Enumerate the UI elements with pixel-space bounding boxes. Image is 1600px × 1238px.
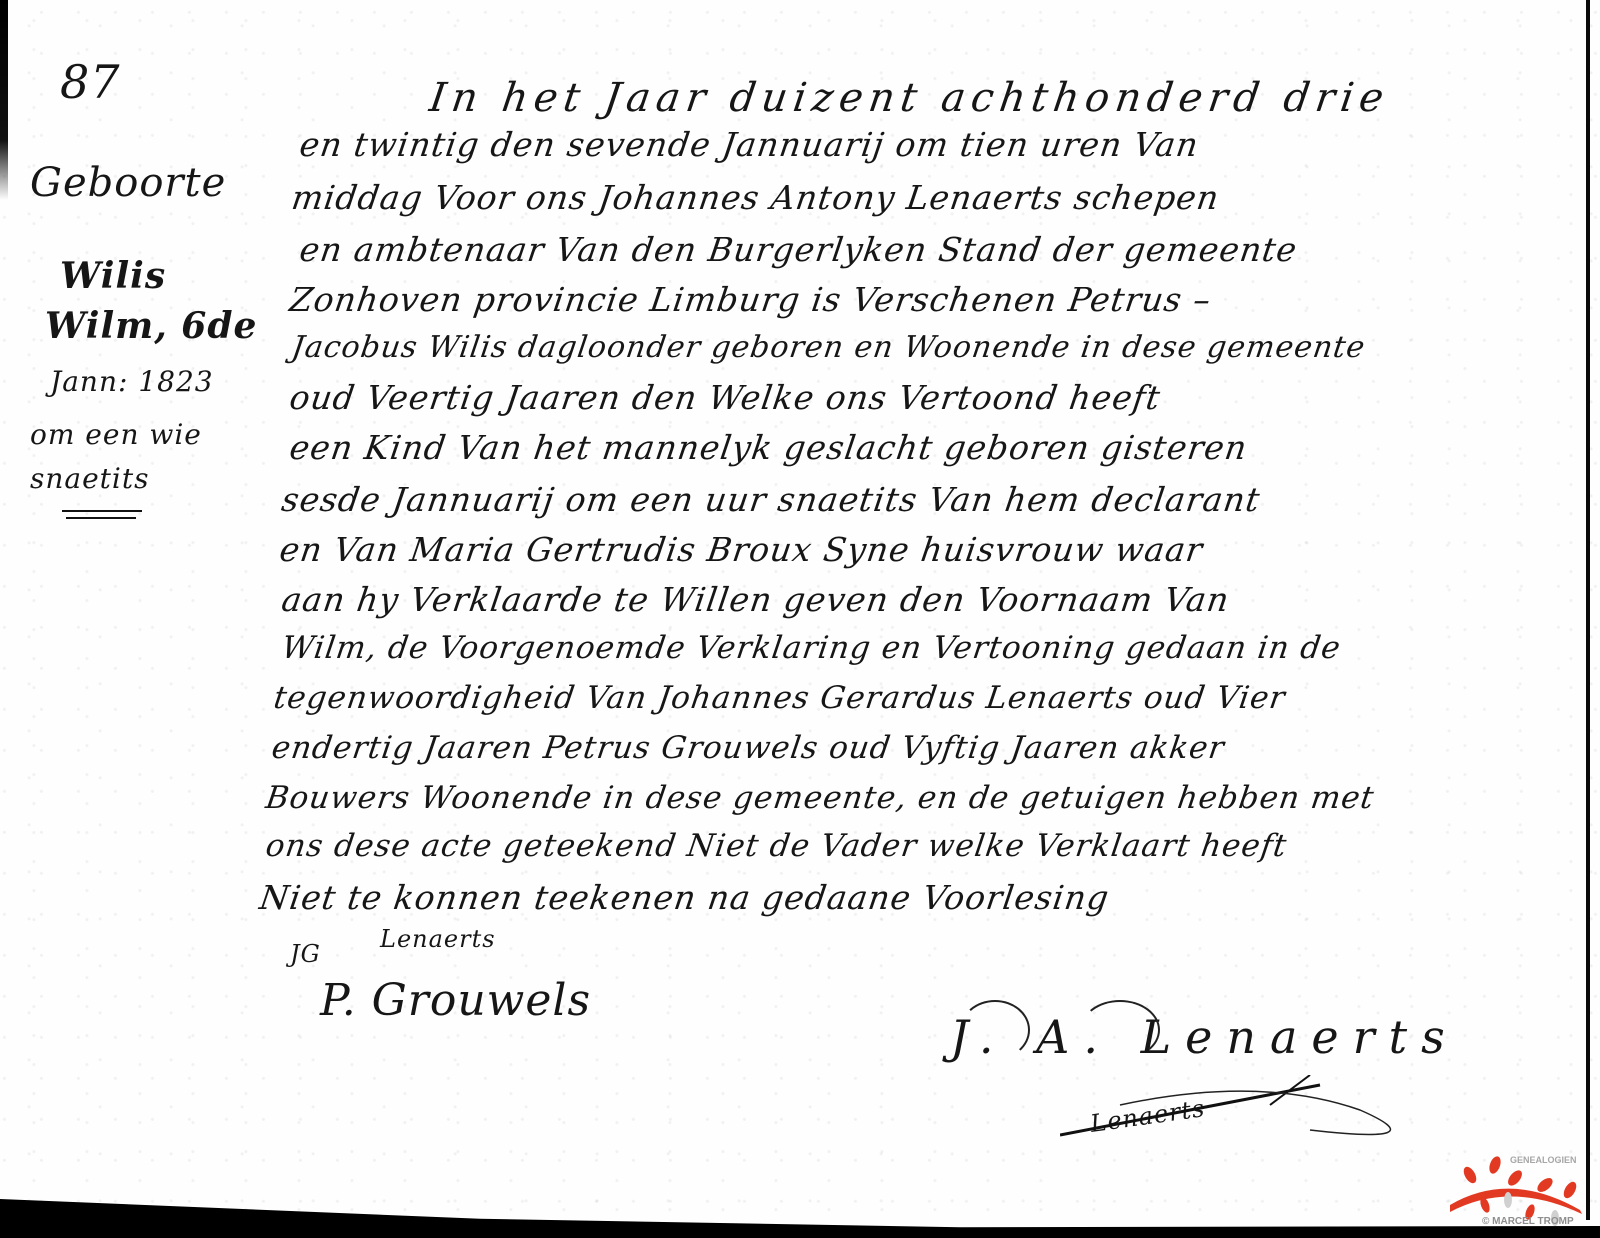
body-line: middag Voor ons Johannes Antony Lenaerts… <box>289 178 1222 217</box>
body-line: tegenwoordigheid Van Johannes Gerardus L… <box>271 680 1287 716</box>
margin-time-1: om een wie <box>30 418 202 451</box>
body-line: In het Jaar duizent achthonderd drie <box>427 75 1393 121</box>
scan-edge-bottom <box>0 1178 1600 1238</box>
watermark-title: GENEALOGIEN <box>1510 1155 1577 1165</box>
body-line: Jacobus Wilis dagloonder geboren en Woon… <box>290 330 1368 365</box>
margin-given-name: Wilm, 6de <box>45 305 257 347</box>
margin-date: Jann: 1823 <box>50 365 214 398</box>
body-line: Bouwers Woonende in dese gemeente, en de… <box>263 780 1376 816</box>
margin-time-2: snaetits <box>30 462 150 495</box>
body-line: en Van Maria Gertrudis Broux Syne huisvr… <box>277 530 1205 569</box>
scan-edge-right <box>1586 0 1590 1220</box>
margin-underline <box>62 510 142 512</box>
body-line: aan hy Verklaarde te Willen geven den Vo… <box>279 580 1232 619</box>
margin-underline-2 <box>66 517 136 519</box>
body-line: ons dese acte geteekend Niet de Vader we… <box>263 828 1289 864</box>
document-scan: 87 Geboorte Wilis Wilm, 6de Jann: 1823 o… <box>0 0 1600 1238</box>
signature-initials: JG <box>290 940 321 968</box>
body-line: en twintig den sevende Jannuarij om tien… <box>297 125 1201 164</box>
signature-flourish <box>1080 1000 1160 1060</box>
genealogien-watermark: GENEALOGIEN © MARCEL TROMP <box>1450 1150 1590 1230</box>
body-line: Wilm, de Voorgenoemde Verklaring en Vert… <box>279 630 1343 666</box>
signature-flourish <box>960 1000 1030 1060</box>
body-line: en ambtenaar Van den Burgerlyken Stand d… <box>297 230 1300 269</box>
body-line: endertig Jaaren Petrus Grouwels oud Vyft… <box>269 730 1227 766</box>
body-line: Niet te konnen teekenen na gedaane Voorl… <box>257 878 1112 917</box>
body-line: Zonhoven provincie Limburg is Verschenen… <box>287 280 1214 319</box>
scan-edge-left <box>0 0 8 200</box>
margin-surname: Wilis <box>60 255 166 297</box>
signature-witness-1: Lenaerts <box>380 925 496 953</box>
body-line: oud Veertig Jaaren den Welke ons Vertoon… <box>287 378 1163 417</box>
watermark-copyright: © MARCEL TROMP <box>1482 1216 1574 1227</box>
body-line: een Kind Van het mannelyk geslacht gebor… <box>287 428 1250 467</box>
signature-witness-2: P. Grouwels <box>320 975 591 1026</box>
paraph-strokes <box>1060 1075 1480 1155</box>
record-number: 87 <box>60 55 121 109</box>
body-line: sesde Jannuarij om een uur snaetits Van … <box>279 480 1263 519</box>
record-type: Geboorte <box>30 160 226 206</box>
